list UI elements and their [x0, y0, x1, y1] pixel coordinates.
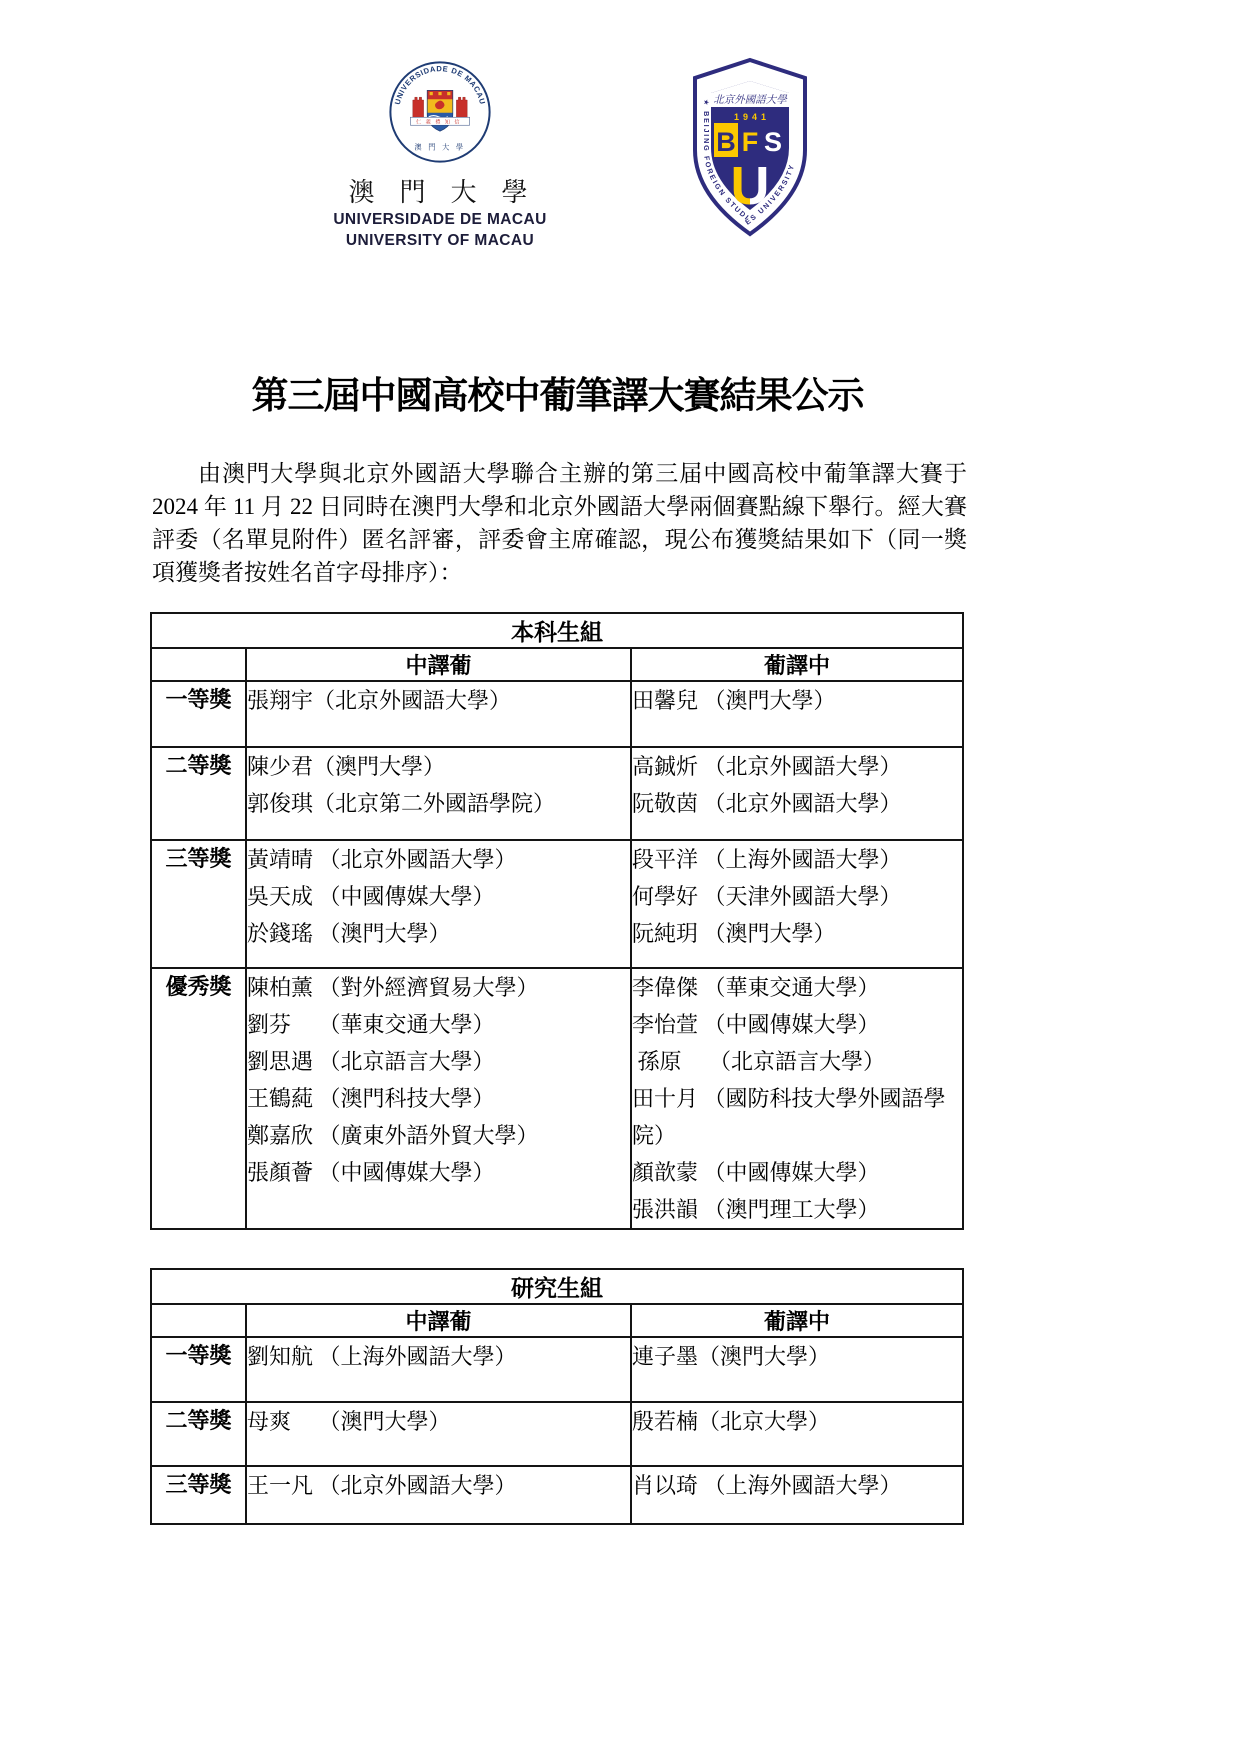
winners-zh-pt: 陳少君（澳門大學） 郭俊琪（北京第二外國語學院）: [246, 747, 631, 840]
winner-entry: 李偉傑 （華東交通大學）: [632, 969, 962, 1006]
table-row: 優秀獎 陳柏薰 （對外經濟貿易大學） 劉芬 （華東交通大學） 劉思遇 （北京語言…: [151, 968, 963, 1229]
column-header-row: 中譯葡 葡譯中: [151, 1304, 963, 1337]
table-row: 一等獎 張翔宇（北京外國語大學） 田馨兒 （澳門大學）: [151, 681, 963, 747]
bfsu-logo: ★ BEIJING FOREIGN STUDIES UNIVERSITY 北京外…: [688, 57, 812, 242]
winner-entry: 段平洋 （上海外國語大學）: [632, 841, 962, 878]
bfsu-letter-s: S: [764, 127, 782, 157]
winner-entry: 連子墨（澳門大學）: [632, 1338, 962, 1375]
winner-entry: 郭俊琪（北京第二外國語學院）: [247, 785, 630, 822]
winners-pt-zh: 段平洋 （上海外國語大學） 何學好 （天津外國語大學） 阮純玥 （澳門大學）: [631, 840, 963, 968]
winner-entry: 於錢瑤 （澳門大學）: [247, 915, 630, 952]
winners-pt-zh: 肖以琦 （上海外國語大學）: [631, 1466, 963, 1524]
table-row: 一等獎 劉知航 （上海外國語大學） 連子墨（澳門大學）: [151, 1337, 963, 1402]
winner-entry: 劉思遇 （北京語言大學）: [247, 1043, 630, 1080]
table-row: 三等獎 黃靖晴 （北京外國語大學） 吳天成 （中國傳媒大學） 於錢瑤 （澳門大學…: [151, 840, 963, 968]
um-logo: UNIVERSIDADE DE MACAU 仁義禮知信 澳 門 大 學 澳 門 …: [290, 60, 590, 250]
corner-cell: [151, 1304, 246, 1337]
winner-entry: 王一凡 （北京外國語大學）: [247, 1467, 630, 1504]
document-title: 第三屆中國高校中葡筆譯大賽結果公示: [150, 365, 965, 419]
winner-entry: 肖以琦 （上海外國語大學）: [632, 1467, 962, 1504]
winner-entry: 殷若楠（北京大學）: [632, 1403, 962, 1440]
winner-entry: 李怡萱 （中國傳媒大學）: [632, 1006, 962, 1043]
winner-entry: 陳柏薰 （對外經濟貿易大學）: [247, 969, 630, 1006]
winner-entry: 劉知航 （上海外國語大學）: [247, 1338, 630, 1375]
award-label: 優秀獎: [151, 968, 246, 1229]
corner-cell: [151, 648, 246, 681]
um-name-english: UNIVERSITY OF MACAU: [290, 232, 590, 250]
winners-zh-pt: 張翔宇（北京外國語大學）: [246, 681, 631, 747]
winner-entry: 顏歆蒙 （中國傳媒大學）: [632, 1154, 962, 1191]
table-row: 二等獎 母爽 （澳門大學） 殷若楠（北京大學）: [151, 1402, 963, 1466]
um-seal-script: 澳 門 大 學: [415, 143, 466, 152]
winners-zh-pt: 陳柏薰 （對外經濟貿易大學） 劉芬 （華東交通大學） 劉思遇 （北京語言大學） …: [246, 968, 631, 1229]
winner-entry: 劉芬 （華東交通大學）: [247, 1006, 630, 1043]
graduate-results-table: 研究生組 中譯葡 葡譯中 一等獎 劉知航 （上海外國語大學） 連子墨（澳門大學）…: [150, 1268, 964, 1525]
um-chinese-name: 澳 門 大 學: [290, 172, 590, 209]
undergraduate-results-table: 本科生組 中譯葡 葡譯中 一等獎 張翔宇（北京外國語大學） 田馨兒 （澳門大學）…: [150, 612, 964, 1230]
winners-pt-zh: 李偉傑 （華東交通大學） 李怡萱 （中國傳媒大學） 孫原 （北京語言大學） 田十…: [631, 968, 963, 1229]
um-seal-icon: UNIVERSIDADE DE MACAU 仁義禮知信 澳 門 大 學: [388, 60, 492, 164]
winner-entry: 張翔宇（北京外國語大學）: [247, 682, 630, 719]
winners-pt-zh: 殷若楠（北京大學）: [631, 1402, 963, 1466]
winner-entry: 高鋮炘 （北京外國語大學）: [632, 748, 962, 785]
winners-zh-pt: 黃靖晴 （北京外國語大學） 吳天成 （中國傳媒大學） 於錢瑤 （澳門大學）: [246, 840, 631, 968]
bfsu-shield-icon: ★ BEIJING FOREIGN STUDIES UNIVERSITY 北京外…: [688, 57, 812, 237]
winner-entry: 吳天成 （中國傳媒大學）: [247, 878, 630, 915]
column-header-zh-to-pt: 中譯葡: [246, 1304, 631, 1337]
winners-zh-pt: 王一凡 （北京外國語大學）: [246, 1466, 631, 1524]
table-row: 二等獎 陳少君（澳門大學） 郭俊琪（北京第二外國語學院） 高鋮炘 （北京外國語大…: [151, 747, 963, 840]
winners-zh-pt: 母爽 （澳門大學）: [246, 1402, 631, 1466]
winner-entry: 阮敬茵 （北京外國語大學）: [632, 785, 962, 822]
winners-zh-pt: 劉知航 （上海外國語大學）: [246, 1337, 631, 1402]
column-header-zh-to-pt: 中譯葡: [246, 648, 631, 681]
award-label: 二等獎: [151, 747, 246, 840]
winners-pt-zh: 高鋮炘 （北京外國語大學） 阮敬茵 （北京外國語大學）: [631, 747, 963, 840]
winner-entry: 母爽 （澳門大學）: [247, 1403, 630, 1440]
bfsu-letter-f: F: [742, 127, 759, 157]
winner-entry: 阮純玥 （澳門大學）: [632, 915, 962, 952]
award-label: 三等獎: [151, 840, 246, 968]
award-label: 二等獎: [151, 1402, 246, 1466]
bfsu-letter-b: B: [716, 127, 736, 157]
column-header-pt-to-zh: 葡譯中: [631, 1304, 963, 1337]
winner-entry: 張顏薈 （中國傳媒大學）: [247, 1154, 630, 1191]
intro-paragraph: 由澳門大學與北京外國語大學聯合主辦的第三届中國高校中葡筆譯大賽于2024 年 1…: [152, 457, 967, 589]
winner-entry: 王鶴蒓 （澳門科技大學）: [247, 1080, 630, 1117]
award-label: 一等獎: [151, 681, 246, 747]
table-row: 三等獎 王一凡 （北京外國語大學） 肖以琦 （上海外國語大學）: [151, 1466, 963, 1524]
document-page: UNIVERSIDADE DE MACAU 仁義禮知信 澳 門 大 學 澳 門 …: [0, 0, 1241, 1755]
award-label: 一等獎: [151, 1337, 246, 1402]
winner-entry: 田十月 （國防科技大學外國語學院）: [632, 1080, 962, 1154]
winners-pt-zh: 田馨兒 （澳門大學）: [631, 681, 963, 747]
winner-entry: 田馨兒 （澳門大學）: [632, 682, 962, 719]
winner-entry: 黃靖晴 （北京外國語大學）: [247, 841, 630, 878]
winner-entry: 孫原 （北京語言大學）: [632, 1043, 962, 1080]
group-title-row: 本科生組: [151, 613, 963, 648]
column-header-row: 中譯葡 葡譯中: [151, 648, 963, 681]
bfsu-letter-u: U: [731, 156, 770, 216]
bfsu-script-name: 北京外國語大學: [713, 94, 788, 106]
column-header-pt-to-zh: 葡譯中: [631, 648, 963, 681]
winners-pt-zh: 連子墨（澳門大學）: [631, 1337, 963, 1402]
winner-entry: 鄭嘉欣 （廣東外語外貿大學）: [247, 1117, 630, 1154]
group-title-row: 研究生組: [151, 1269, 963, 1304]
winner-entry: 陳少君（澳門大學）: [247, 748, 630, 785]
bfsu-year: 1941: [734, 112, 770, 122]
um-name-portuguese: UNIVERSIDADE DE MACAU: [290, 211, 590, 229]
award-label: 三等獎: [151, 1466, 246, 1524]
winner-entry: 張洪韻 （澳門理工大學）: [632, 1191, 962, 1228]
winner-entry: 何學好 （天津外國語大學）: [632, 878, 962, 915]
group-title: 研究生組: [151, 1269, 963, 1304]
group-title: 本科生組: [151, 613, 963, 648]
